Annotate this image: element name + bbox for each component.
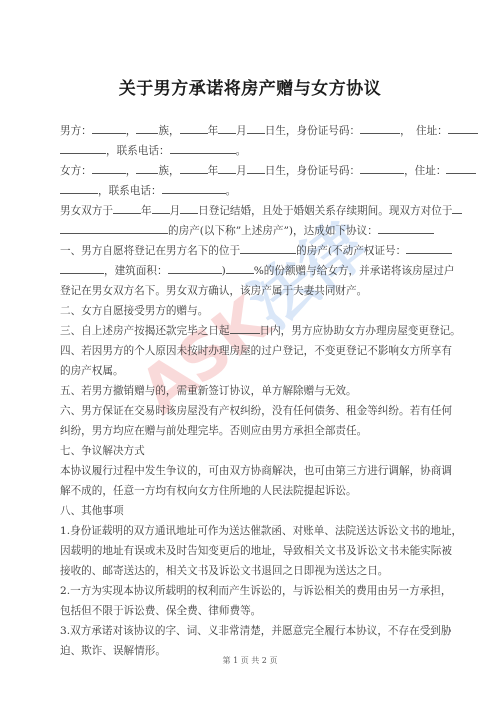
document-line: 七、争议解决方式	[60, 441, 441, 461]
line-text: 日内，男方应协助女方办理房屋变更登记。	[260, 325, 461, 337]
document-line: 因载明的地址有误或未及时告知变更后的地址，导致相关文书及诉讼文书未能实际被	[60, 541, 441, 561]
line-text: 女方：	[60, 165, 92, 177]
document-line: ，建筑面积：)%的份额赠与给女方，并承诺将该房屋过户	[60, 261, 441, 281]
line-text: ，	[126, 125, 137, 137]
line-text: 男方：	[60, 125, 92, 137]
line-text: ，	[126, 165, 137, 177]
blank-field	[113, 201, 141, 214]
document-line: 接收的、邮寄送达的，相关文书及诉讼文书退回之日即视为送达之日。	[60, 561, 441, 581]
blank-field	[60, 221, 168, 234]
blank-field	[136, 121, 158, 134]
line-text: 登记在男女双方名下。男女双方确认，该房产属于夫妻共同财产。	[60, 285, 367, 297]
blank-field	[92, 161, 126, 174]
line-text: 月	[236, 125, 247, 137]
blank-field	[446, 161, 476, 174]
blank-field	[218, 121, 236, 134]
line-text: 纠纷，男方均应在赠与前处理完毕。否则应由男方承担全部责任。	[60, 425, 367, 437]
document-line: 二、女方自愿接受男方的赠与。	[60, 301, 441, 321]
document-line: 解不成的，任意一方均有权向女方住所地的人民法院提起诉讼。	[60, 481, 441, 501]
line-text: ，联系电话：	[106, 145, 170, 157]
blank-field	[360, 161, 404, 174]
blank-field	[226, 261, 254, 274]
document-line: 登记在男女双方名下。男女双方确认，该房产属于夫妻共同财产。	[60, 281, 441, 301]
document-line: 三、自上述房产按揭还款完毕之日起日内，男方应协助女方办理房屋变更登记。	[60, 321, 441, 341]
line-text: %的份额赠与给女方，并承诺将该房屋过户	[254, 265, 455, 277]
line-text: 的房产(不动产权证号：	[296, 245, 406, 257]
line-text: 。	[236, 145, 247, 157]
blank-field	[92, 121, 126, 134]
document-line: 的房产(以下称”上述房产”)，达成如下协议：	[60, 221, 441, 241]
line-text: 月	[236, 165, 247, 177]
blank-field	[170, 141, 236, 154]
document-line: 本协议履行过程中发生争议的，可由双方协商解决，也可由第三方进行调解，协商调	[60, 461, 441, 481]
document-line: 六、男方保证在交易时该房屋没有产权纠纷，没有任何债务、租金等纠纷。若有任何	[60, 401, 441, 421]
line-text: 年	[208, 125, 219, 137]
line-text: 因载明的地址有误或未及时告知变更后的地址，导致相关文书及诉讼文书未能实际被	[60, 545, 452, 557]
document-line: 五、若男方撤销赠与的，需重新签订协议，单方解除赠与无效。	[60, 381, 441, 401]
blank-field	[247, 161, 265, 174]
line-text: 日生，身份证号码：	[265, 125, 360, 137]
line-text: 二、女方自愿接受男方的赠与。	[60, 305, 208, 317]
page-footer: 第 1 页 共 2 页	[0, 655, 500, 666]
document-line: 男女双方于年月日登记结婚，且处于婚姻关系存续期间。现双方对位于	[60, 201, 441, 221]
blank-field	[60, 141, 106, 154]
document-line: ，联系电话：。	[60, 181, 441, 201]
line-text: 的房产(以下称”上述房产”)，达成如下协议：	[168, 225, 378, 237]
line-text: 日生，身份证号码：	[265, 165, 360, 177]
blank-field	[230, 321, 260, 334]
document-line: ，联系电话：。	[60, 141, 441, 161]
blank-field	[180, 201, 198, 214]
blank-field	[240, 241, 296, 254]
document-line: 2.一方为实现本协议所载明的权利而产生诉讼的，与诉讼相关的费用由另一方承担，	[60, 581, 441, 601]
line-text: ，建筑面积：	[104, 265, 168, 277]
blank-field	[136, 161, 158, 174]
line-text: 的房产权属。	[60, 365, 124, 377]
line-text: 包括但不限于诉讼费、保全费、律师费等。	[60, 605, 261, 617]
document-line: 包括但不限于诉讼费、保全费、律师费等。	[60, 601, 441, 621]
blank-field	[360, 121, 400, 134]
blank-field	[180, 161, 208, 174]
line-text: 年	[141, 205, 152, 217]
blank-field	[448, 121, 478, 134]
line-text: ， 住址：	[400, 125, 448, 137]
document-line: 女方：，族，年月日生，身份证号码：，住址：	[60, 161, 441, 181]
line-text: 2.一方为实现本协议所载明的权利而产生诉讼的，与诉讼相关的费用由另一方承担，	[60, 585, 451, 597]
document-line: 四、若因男方的个人原因未按时办理房屋的过户登记，不变更登记不影响女方所享有	[60, 341, 441, 361]
document-page: ASK法律 关于男方承诺将房产赠与女方协议 男方：，族，年月日生，身份证号码：，…	[0, 0, 500, 706]
line-text: 日登记结婚，且处于婚姻关系存续期间。现双方对位于	[198, 205, 452, 217]
line-text: ，住址：	[404, 165, 446, 177]
line-text: 解不成的，任意一方均有权向女方住所地的人民法院提起诉讼。	[60, 485, 357, 497]
blank-field	[247, 121, 265, 134]
blank-field	[162, 181, 226, 194]
line-text: 三、自上述房产按揭还款完毕之日起	[60, 325, 230, 337]
document-line: 1.身份证载明的双方通讯地址可作为送达催款函、对账单、法院送达诉讼文书的地址，	[60, 521, 441, 541]
blank-field	[180, 121, 208, 134]
line-text: 男女双方于	[60, 205, 113, 217]
line-text: 七、争议解决方式	[60, 445, 145, 457]
blank-field	[60, 261, 104, 274]
line-text: 四、若因男方的个人原因未按时办理房屋的过户登记，不变更登记不影响女方所享有	[60, 345, 452, 357]
line-text: 年	[208, 165, 219, 177]
line-text: 族，	[158, 165, 179, 177]
document-title: 关于男方承诺将房产赠与女方协议	[0, 74, 500, 99]
blank-field	[218, 161, 236, 174]
line-text: 五、若男方撤销赠与的，需重新签订协议，单方解除赠与无效。	[60, 385, 357, 397]
line-text: 一、男方自愿将登记在男方名下的位于	[60, 245, 240, 257]
document-line: 3.双方承诺对该协议的字、词、义非常清楚，并愿意完全履行本协议，不存在受到胁	[60, 621, 441, 641]
blank-field	[168, 261, 222, 274]
document-line: 一、男方自愿将登记在男方名下的位于的房产(不动产权证号：	[60, 241, 441, 261]
line-text: 接收的、邮寄送达的，相关文书及诉讼文书退回之日即视为送达之日。	[60, 565, 388, 577]
blank-field	[406, 241, 452, 254]
line-text: 。	[226, 185, 237, 197]
line-text: 六、男方保证在交易时该房屋没有产权纠纷，没有任何债务、租金等纠纷。若有任何	[60, 405, 452, 417]
line-text: 本协议履行过程中发生争议的，可由双方协商解决，也可由第三方进行调解，协商调	[60, 465, 452, 477]
document-line: 男方：，族，年月日生，身份证号码：， 住址：	[60, 121, 441, 141]
line-text: 3.双方承诺对该协议的字、词、义非常清楚，并愿意完全履行本协议，不存在受到胁	[60, 625, 451, 637]
line-text: ，联系电话：	[98, 185, 162, 197]
document-line: 八、其他事项	[60, 501, 441, 521]
blank-field	[152, 201, 170, 214]
blank-field	[378, 221, 434, 234]
line-text: 八、其他事项	[60, 505, 124, 517]
document-line: 纠纷，男方均应在赠与前处理完毕。否则应由男方承担全部责任。	[60, 421, 441, 441]
line-text: 族，	[158, 125, 179, 137]
line-text: 1.身份证载明的双方通讯地址可作为送达催款函、对账单、法院送达诉讼文书的地址，	[60, 525, 462, 537]
blank-field	[452, 201, 462, 214]
blank-field	[60, 181, 98, 194]
line-text: 月	[170, 205, 181, 217]
document-line: 的房产权属。	[60, 361, 441, 381]
document-body: 男方：，族，年月日生，身份证号码：， 住址：，联系电话：。女方：，族，年月日生，…	[60, 121, 441, 661]
